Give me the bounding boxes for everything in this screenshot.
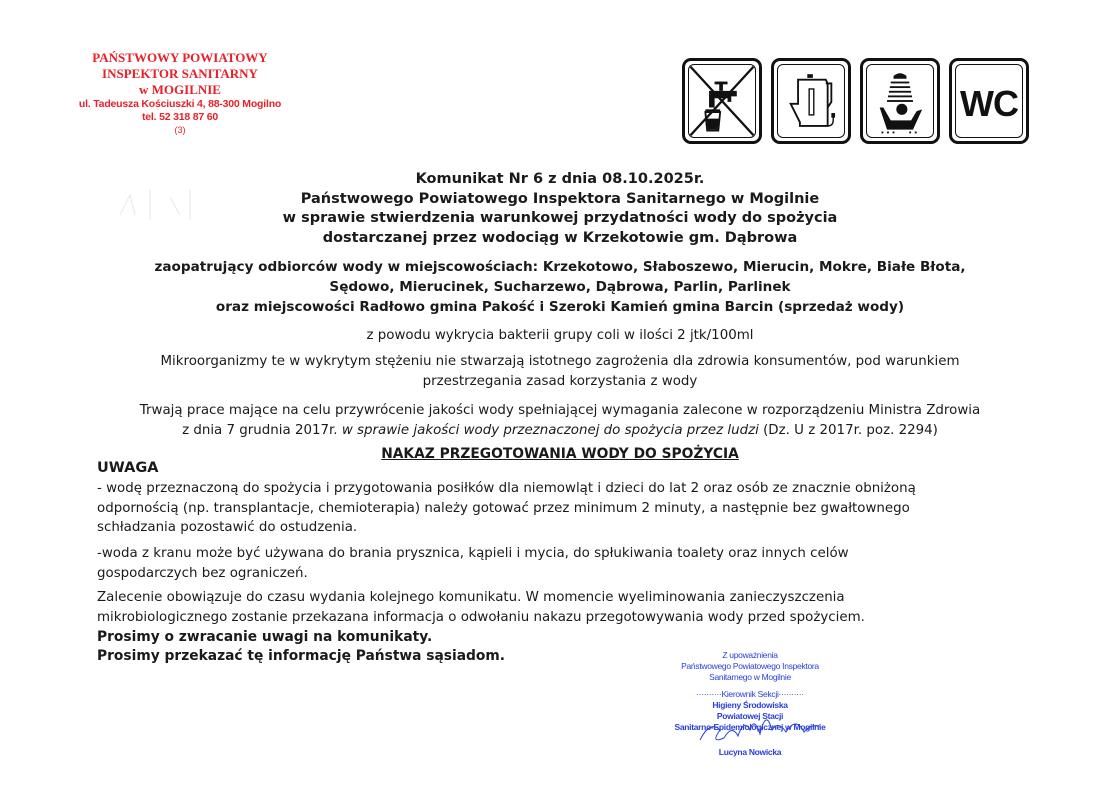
- stamp-line: PAŃSTWOWY POWIATOWY: [40, 50, 320, 66]
- places-list: zaopatrujący odbiorców wody w miejscowoś…: [0, 257, 1120, 317]
- request-line: Prosimy przekazać tę informację Państwa …: [97, 647, 1037, 666]
- title-line: w sprawie stwierdzenia warunkowej przyda…: [0, 209, 1120, 229]
- wc-icon: WC: [949, 58, 1029, 144]
- role-line: ··········Kierownik Sekcji··········: [640, 689, 860, 700]
- places-line: oraz miejscowości Radłowo gmina Pakość i…: [0, 297, 1120, 317]
- wc-label: WC: [952, 83, 1026, 125]
- signatory-name: Lucyna Nowicka: [640, 747, 860, 758]
- places-line: zaopatrujący odbiorców wody w miejscowoś…: [0, 257, 1120, 277]
- bullet-line: - wodę przeznaczoną do spożycia i przygo…: [97, 479, 1037, 499]
- auth-line: Sanitarnego w Mogilnie: [640, 672, 860, 683]
- places-line: Sędowo, Mierucinek, Sucharzewo, Dąbrowa,…: [0, 277, 1120, 297]
- pictogram-row: WC: [682, 58, 1029, 144]
- bullet-line: gospodarczych bez ograniczeń.: [97, 564, 1037, 584]
- regulation-title: w sprawie jakości wody przeznaczonej do …: [342, 423, 759, 438]
- title-line: dostarczanej przez wodociąg w Krzekotowi…: [0, 229, 1120, 249]
- handwritten-signature: [690, 712, 830, 748]
- validity-line: mikrobiologicznego zostanie przekazana i…: [97, 608, 1037, 628]
- works-line: z dnia 7 grudnia 2017r. w sprawie jakośc…: [0, 421, 1120, 441]
- inspector-stamp: PAŃSTWOWY POWIATOWY INSPEKTOR SANITARNY …: [40, 50, 320, 136]
- kettle-boil-icon: [771, 58, 851, 144]
- stamp-phone: tel. 52 318 87 60: [40, 111, 320, 124]
- works-line: Trwają prace mające na celu przywrócenie…: [0, 401, 1120, 421]
- role-line: Higieny Środowiska: [640, 700, 860, 711]
- announcement-title: Komunikat Nr 6 z dnia 08.10.2025r. Państ…: [0, 170, 1120, 248]
- regulation-ref: (Dz. U z 2017r. poz. 2294): [759, 423, 938, 438]
- bullet-line: odpornością (np. transplantacje, chemiot…: [97, 499, 1037, 519]
- works-date: z dnia 7 grudnia 2017r.: [182, 423, 342, 438]
- reason-text: z powodu wykrycia bakterii grupy coli w …: [0, 326, 1120, 346]
- works-text: Trwają prace mające na celu przywrócenie…: [0, 401, 1120, 441]
- stamp-line: INSPEKTOR SANITARNY: [40, 66, 320, 82]
- stamp-address: ul. Tadeusza Kościuszki 4, 88-300 Mogiln…: [40, 98, 320, 111]
- request-line: Prosimy o zwracanie uwagi na komunikaty.: [97, 628, 1037, 647]
- auth-line: Z upoważnienia: [640, 650, 860, 661]
- warning-bullet-usage: -woda z kranu może być używana do brania…: [97, 544, 1037, 583]
- safety-text: Mikroorganizmy te w wykrytym stężeniu ni…: [0, 352, 1120, 392]
- auth-line: Państwowego Powiatowego Inspektora: [640, 661, 860, 672]
- title-line: Państwowego Powiatowego Inspektora Sanit…: [0, 190, 1120, 210]
- validity-line: Zalecenie obowiązuje do czasu wydania ko…: [97, 588, 1037, 608]
- bullet-line: schładzania pozostawić do ostudzenia.: [97, 518, 1037, 538]
- stamp-line: w MOGILNIE: [40, 82, 320, 98]
- title-line: Komunikat Nr 6 z dnia 08.10.2025r.: [0, 170, 1120, 190]
- requests: Prosimy o zwracanie uwagi na komunikaty.…: [97, 628, 1037, 666]
- safety-line: przestrzegania zasad korzystania z wody: [0, 372, 1120, 392]
- no-drinking-tap-water-icon: [682, 58, 762, 144]
- validity-text: Zalecenie obowiązuje do czasu wydania ko…: [97, 588, 1037, 627]
- bath-shower-icon: [860, 58, 940, 144]
- stamp-number: (3): [40, 124, 320, 136]
- warning-heading: UWAGA: [97, 459, 1037, 479]
- bullet-line: -woda z kranu może być używana do brania…: [97, 544, 1037, 564]
- warning-bullet-boil: - wodę przeznaczoną do spożycia i przygo…: [97, 479, 1037, 538]
- safety-line: Mikroorganizmy te w wykrytym stężeniu ni…: [0, 352, 1120, 372]
